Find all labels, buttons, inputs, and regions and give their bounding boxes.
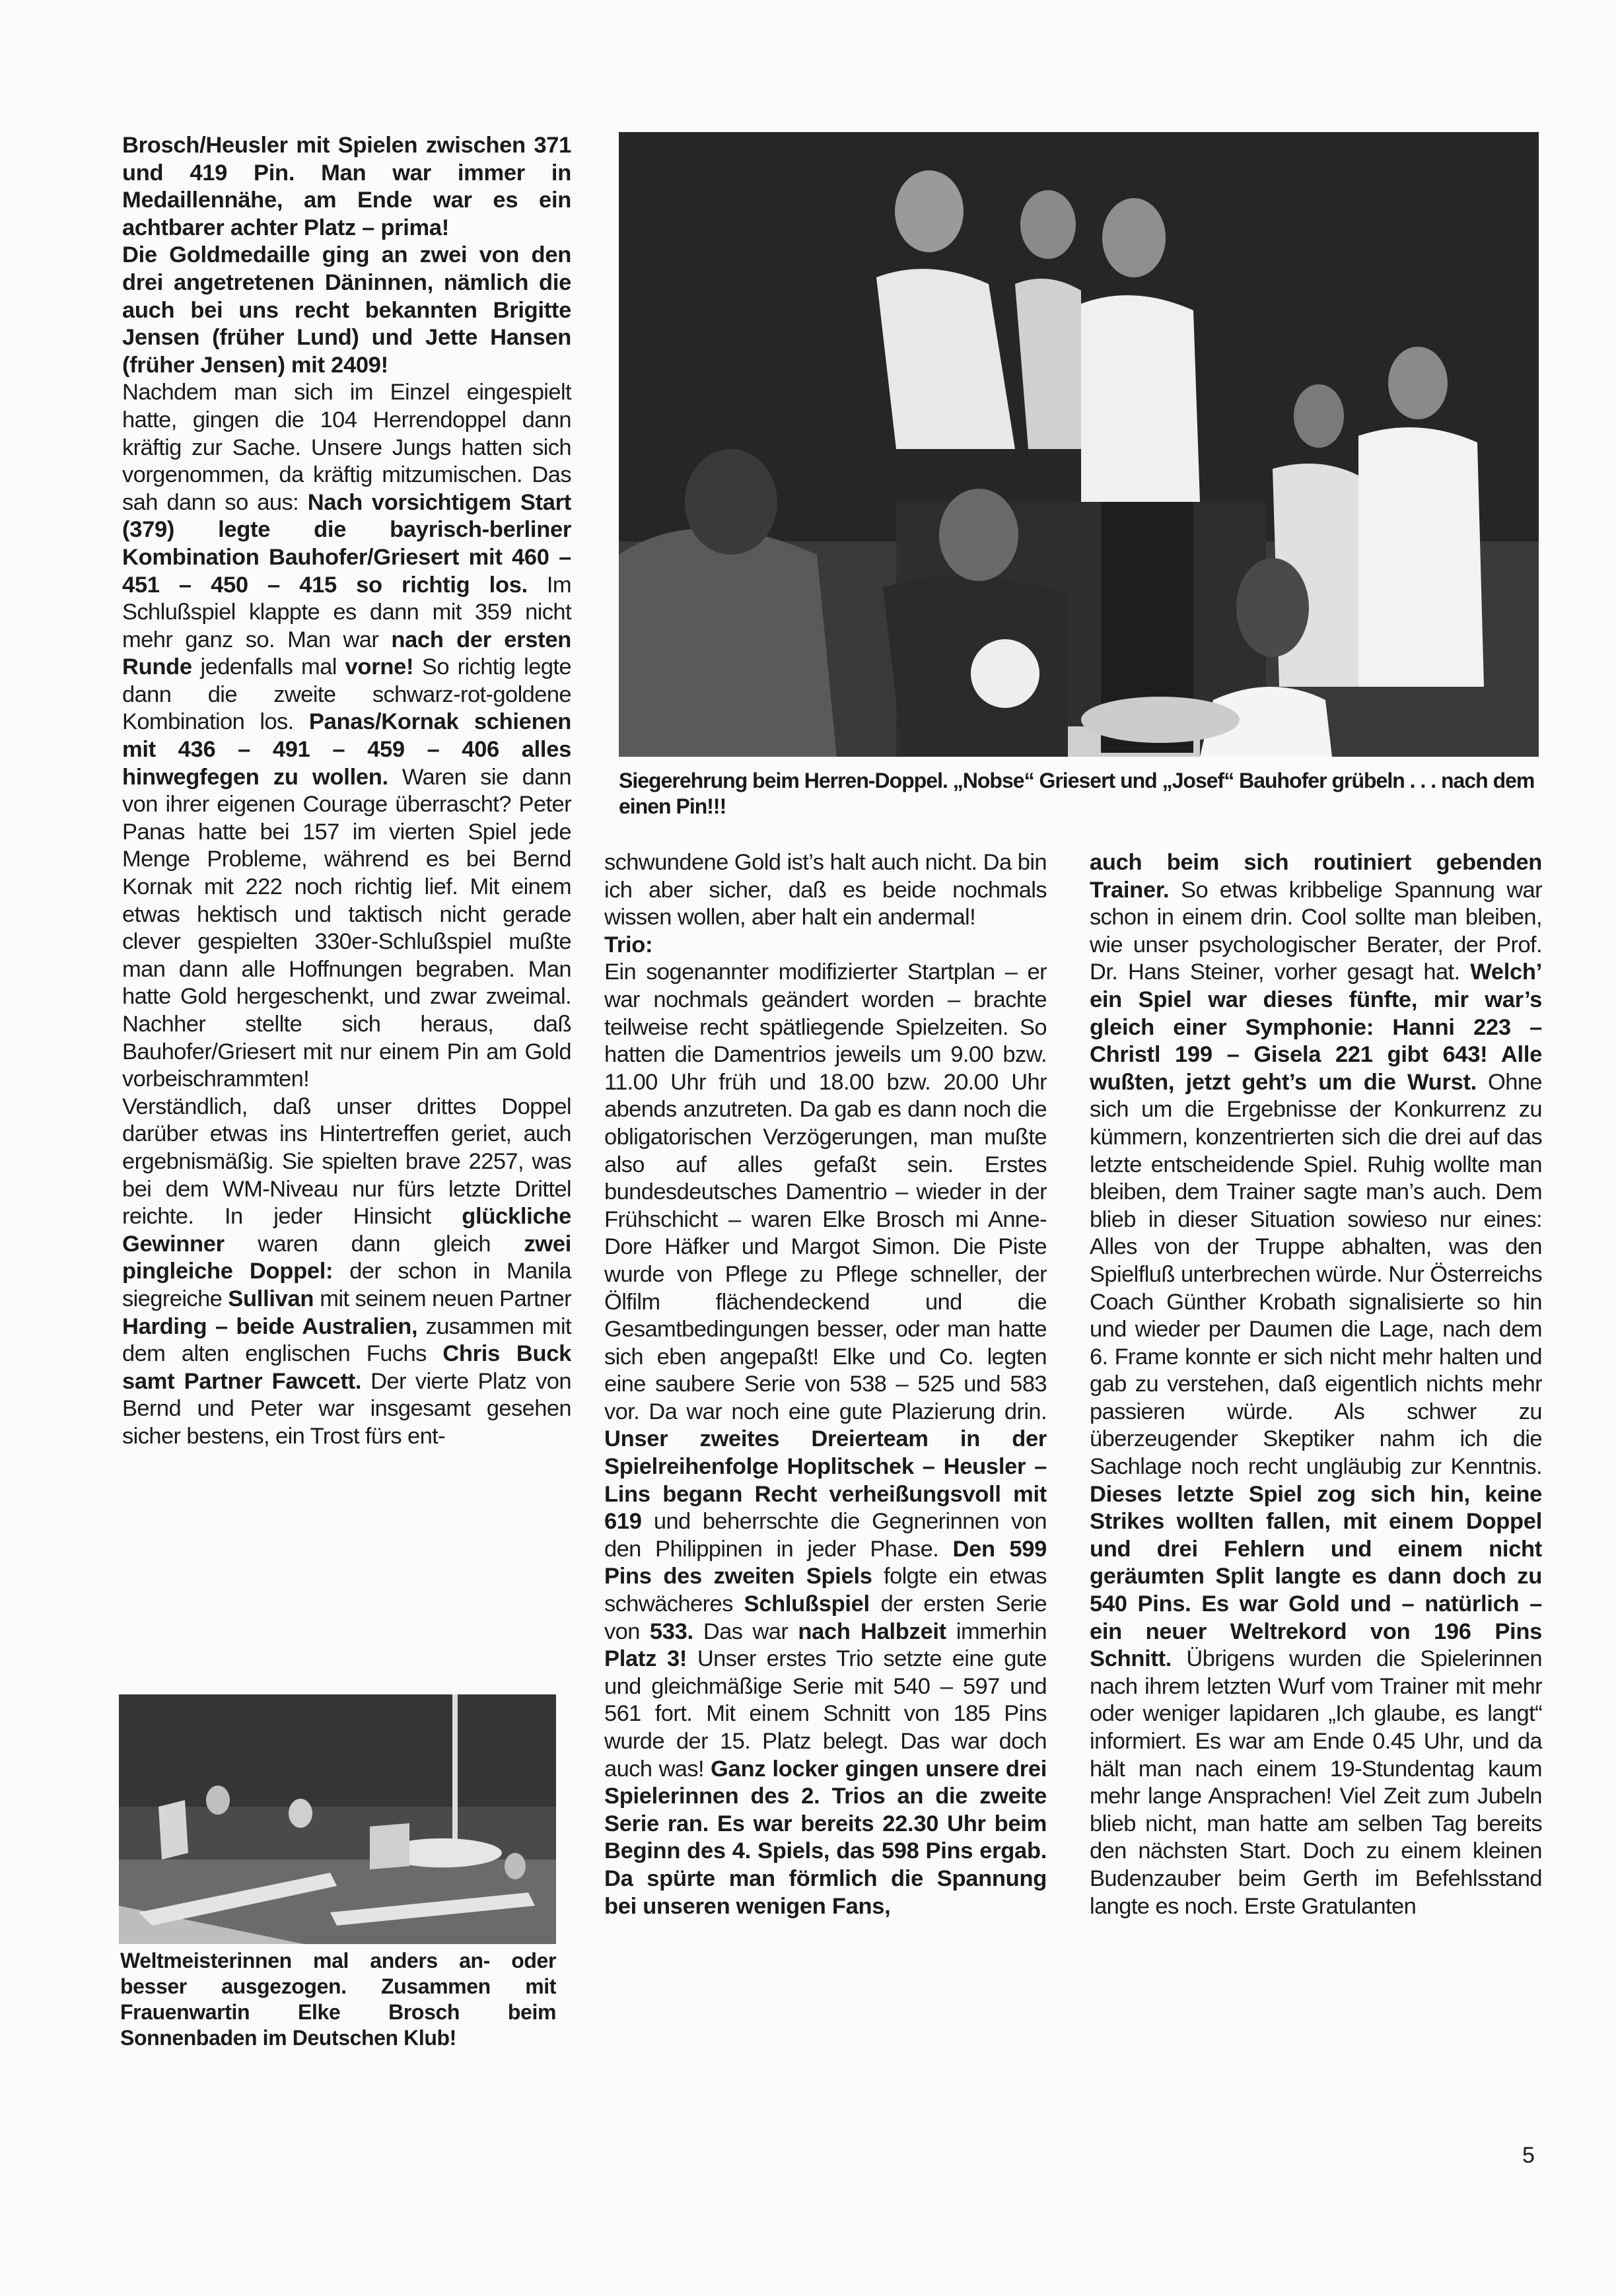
photo-caption: Weltmeisterinnen mal anders an- oder bes… xyxy=(120,1948,556,2051)
sunbathing-photo xyxy=(119,1694,556,1944)
bold-text: Platz 3! xyxy=(604,1646,687,1671)
bold-text: vorne! xyxy=(345,654,414,679)
bold-text: Trio: xyxy=(604,932,652,957)
paragraph: Brosch/Heusler mit Spielen zwischen 371 … xyxy=(122,132,571,242)
body-text: Waren sie dann von ihrer eigenen Courage… xyxy=(122,765,571,1092)
bold-text: Sullivan xyxy=(228,1286,314,1311)
article-column-3: auch beim sich routiniert gebenden Train… xyxy=(1090,849,1542,1920)
body-text: waren dann gleich xyxy=(225,1232,524,1257)
paragraph: Trio: xyxy=(604,932,1047,959)
body-text: Übrigens wurden die Spielerinnen nach ih… xyxy=(1090,1646,1542,1918)
bold-text: Harding – beide Australien, xyxy=(122,1314,417,1339)
paragraph: Ein sogenannter modifizierter Startplan … xyxy=(604,959,1047,1920)
body-text: Ohne sich um die Ergebnisse der Konkurre… xyxy=(1090,1070,1542,1479)
article-column-1: Brosch/Heusler mit Spielen zwischen 371 … xyxy=(122,132,571,1451)
award-ceremony-image xyxy=(619,132,1539,757)
bold-text: nach Halbzeit xyxy=(798,1619,946,1644)
bold-text: 533. xyxy=(650,1619,693,1644)
paragraph: Nachdem man sich im Einzel eingespielt h… xyxy=(122,379,571,1093)
paragraph: Verständlich, daß unser drittes Doppel d… xyxy=(122,1094,571,1451)
article-column-2: schwundene Gold ist’s halt auch nicht. D… xyxy=(604,849,1047,1920)
photo-caption: Siegerehrung beim Herren-Doppel. „Nobse“… xyxy=(619,768,1543,819)
page-number: 5 xyxy=(1522,2143,1535,2169)
bold-text: Schlußspiel xyxy=(744,1591,870,1617)
sunbathing-image xyxy=(119,1694,556,1944)
bold-text: Brosch/Heusler mit Spielen zwischen 371 … xyxy=(122,133,571,240)
paragraph: Die Goldmedaille ging an zwei von den dr… xyxy=(122,242,571,379)
body-text: immerhin xyxy=(946,1619,1047,1644)
award-ceremony-photo xyxy=(619,132,1539,757)
body-text: Das war xyxy=(693,1619,798,1644)
bold-text: Die Goldmedaille ging an zwei von den dr… xyxy=(122,242,571,377)
body-text: schwundene Gold ist’s halt auch nicht. D… xyxy=(604,850,1047,930)
body-text: jedenfalls mal xyxy=(192,654,345,679)
body-text: Ein sogenannter modifizierter Startplan … xyxy=(604,959,1047,1424)
bold-text: Dieses letzte Spiel zog sich hin, keine … xyxy=(1090,1482,1542,1672)
body-text: mit seinem neuen Partner xyxy=(314,1286,571,1311)
paragraph: schwundene Gold ist’s halt auch nicht. D… xyxy=(604,849,1047,932)
paragraph: auch beim sich routiniert gebenden Train… xyxy=(1090,849,1542,1920)
